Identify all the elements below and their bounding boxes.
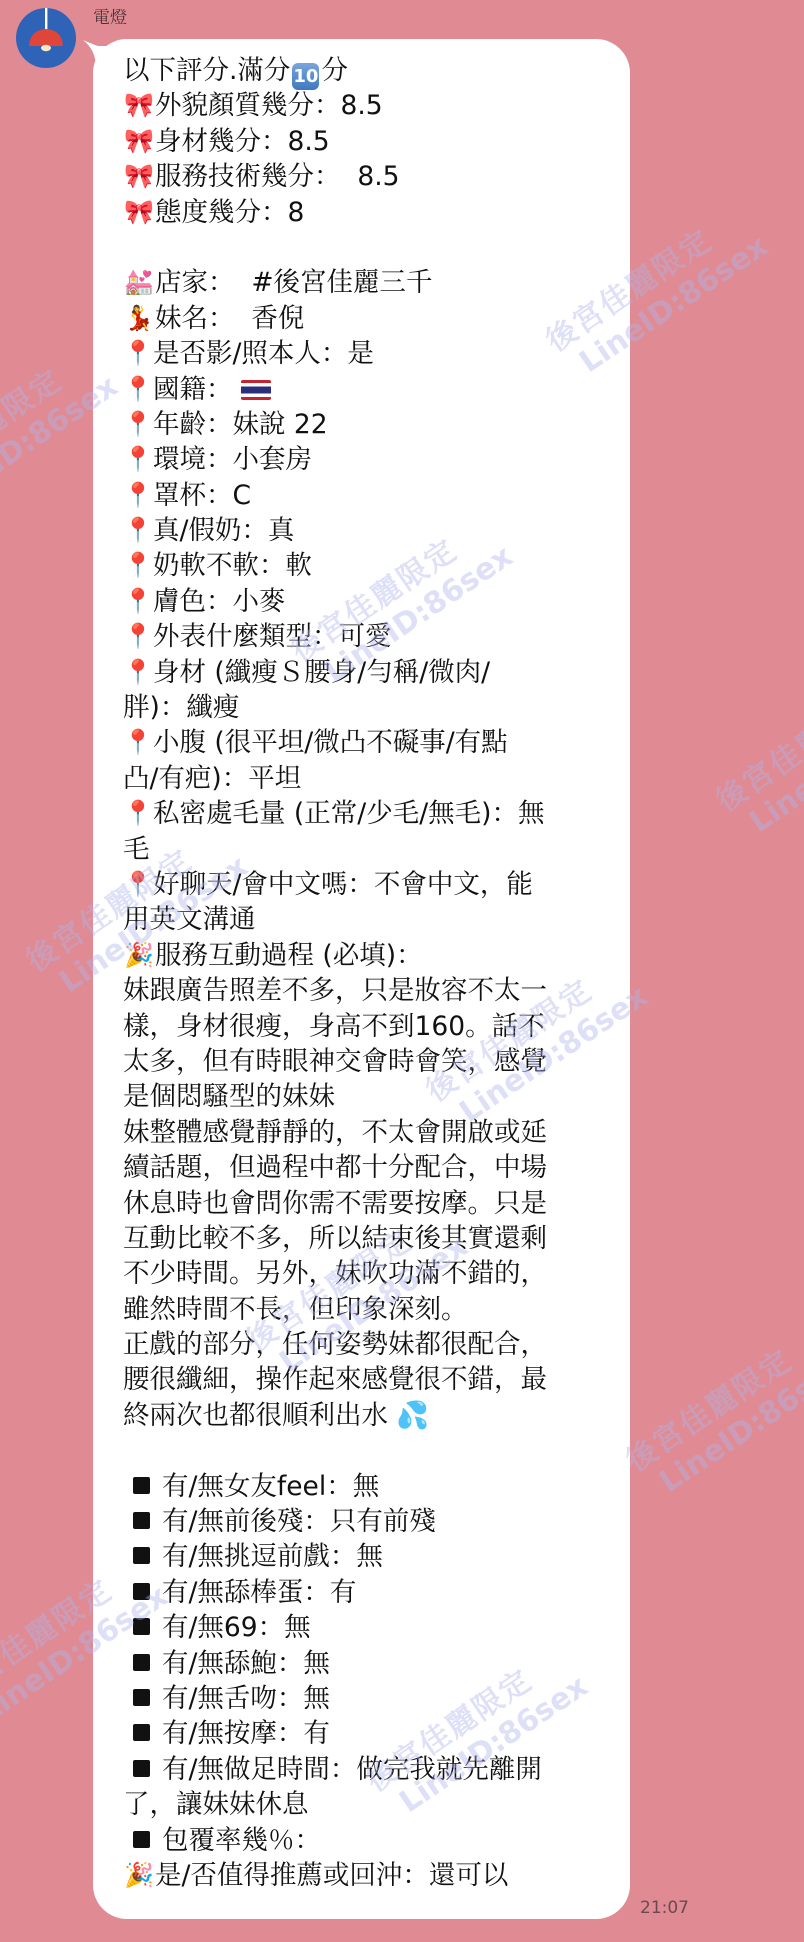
rating-appearance: 🎀外貌顏質幾分：8.5 [123, 88, 613, 123]
pushpin-icon: 📍 [123, 867, 153, 902]
pushpin-icon: 📍 [123, 584, 153, 619]
shop-line: 💒店家： #後宮佳麗三千 [123, 265, 613, 300]
rating-body: 🎀身材幾分：8.5 [123, 124, 613, 159]
pushpin-icon: 📍 [123, 725, 153, 760]
detail-line: 📍小腹 (很平坦/微凸不礙事/有點 [123, 725, 613, 760]
pushpin-icon: 📍 [123, 655, 153, 690]
message-bubble[interactable]: 以下評分.滿分10分 🎀外貌顏質幾分：8.5 🎀身材幾分：8.5 🎀服務技術幾分… [93, 39, 630, 1919]
paragraph-line: 妹跟廣告照差不多，只是妝容不太一 [123, 973, 613, 1008]
paragraph-line: 不少時間。另外，妹吹功滿不錯的， [123, 1256, 613, 1291]
black-square-icon [133, 1477, 150, 1494]
checklist-item: 有/無挑逗前戲：無 [123, 1539, 613, 1574]
detail-text: 環境：小套房 [153, 444, 312, 475]
detail-text: 用英文溝通 [123, 904, 256, 935]
detail-line: 📍年齡：妹說 22 [123, 407, 613, 442]
pushpin-icon: 📍 [123, 548, 153, 583]
detail-line-wrap: 用英文溝通 [123, 902, 613, 937]
detail-text: 罩杯：C [153, 480, 251, 511]
paragraph-line: 續話題，但過程中都十分配合，中場 [123, 1150, 613, 1185]
pushpin-icon: 📍 [123, 442, 153, 477]
blank-line [123, 230, 613, 265]
detail-text: 凸/有疤)：平坦 [123, 763, 301, 794]
sender-name: 電燈 [93, 6, 127, 30]
checklist-item: 包覆率幾％： [123, 1823, 613, 1858]
checklist-text: 有/無69：無 [162, 1612, 311, 1643]
pushpin-icon: 📍 [123, 478, 153, 513]
rating-header: 以下評分.滿分10分 [123, 53, 613, 88]
pushpin-icon: 📍 [123, 407, 153, 442]
rating-service: 🎀服務技術幾分： 8.5 [123, 159, 613, 194]
detail-line: 📍國籍： [123, 372, 613, 407]
checklist-item-wrap: 了，讓妹妹休息 [123, 1787, 613, 1822]
party-popper-icon: 🎉 [123, 1858, 155, 1893]
sender-avatar[interactable] [16, 8, 76, 68]
service-heading-text: 服務互動過程 (必填)： [155, 940, 423, 971]
rating-label: 身材幾分：8.5 [155, 126, 330, 157]
paragraph-line: 太多，但有時眼神交會時會笑，感覺 [123, 1044, 613, 1079]
detail-line: 📍真/假奶：真 [123, 513, 613, 548]
detail-text: 私密處毛量 (正常/少毛/無毛)：無 [153, 798, 544, 829]
girl-name-line: 💃妹名： 香倪 [123, 301, 613, 336]
checklist-item: 有/無舌吻：無 [123, 1681, 613, 1716]
checklist-item: 有/無做足時間：做完我就先離開 [123, 1752, 613, 1787]
paragraph-line: 樣，身材很瘦，身高不到160。話不 [123, 1009, 613, 1044]
paragraph-line: 休息時也會問你需不需要按摩。只是 [123, 1186, 613, 1221]
paragraph-line: 正戲的部分，任何姿勢妹都很配合， [123, 1327, 613, 1362]
keycap-ten-icon: 10 [292, 63, 319, 90]
detail-line: 📍罩杯：C [123, 478, 613, 513]
detail-text: 年齡：妹說 22 [153, 409, 328, 440]
paragraph-line: 是個悶騷型的妹妹 [123, 1079, 613, 1114]
detail-line: 📍私密處毛量 (正常/少毛/無毛)：無 [123, 796, 613, 831]
detail-line-wrap: 凸/有疤)：平坦 [123, 761, 613, 796]
checklist-text: 有/無前後殘：只有前殘 [162, 1506, 436, 1537]
checklist-text: 有/無做足時間：做完我就先離開 [162, 1754, 542, 1785]
rating-label: 服務技術幾分： 8.5 [155, 161, 400, 192]
black-square-icon [133, 1618, 150, 1635]
message-timestamp: 21:07 [640, 1898, 689, 1918]
blank-line [123, 1433, 613, 1468]
ribbon-icon: 🎀 [123, 159, 155, 194]
paragraph-line: 終兩次也都很順利出水 💦 [123, 1398, 613, 1433]
detail-text: 奶軟不軟：軟 [153, 550, 312, 581]
pushpin-icon: 📍 [123, 372, 153, 407]
checklist-text: 有/無挑逗前戲：無 [162, 1541, 383, 1572]
ribbon-icon: 🎀 [123, 195, 155, 230]
detail-line: 📍好聊天/會中文嗎：不會中文，能 [123, 867, 613, 902]
shop-label: 店家： #後宮佳麗三千 [155, 267, 433, 298]
black-square-icon [133, 1724, 150, 1741]
black-square-icon [133, 1689, 150, 1706]
detail-text: 毛 [123, 834, 150, 865]
chat-background: 電燈 以下評分.滿分10分 🎀外貌顏質幾分：8.5 🎀身材幾分：8.5 🎀服務技… [0, 0, 804, 1942]
rating-attitude: 🎀態度幾分：8 [123, 195, 613, 230]
detail-line: 📍身材 (纖瘦Ｓ腰身/勻稱/微肉/ [123, 655, 613, 690]
checklist-text: 有/無舔鮑：無 [162, 1648, 330, 1679]
message-text: 以下評分.滿分10分 🎀外貌顏質幾分：8.5 🎀身材幾分：8.5 🎀服務技術幾分… [123, 53, 613, 1893]
checklist-text: 有/無按摩：有 [162, 1718, 330, 1749]
checklist-text: 包覆率幾％： [162, 1825, 321, 1856]
detail-line: 📍是否影/照本人：是 [123, 336, 613, 371]
checklist-item: 有/無舔棒蛋：有 [123, 1575, 613, 1610]
detail-line: 📍奶軟不軟：軟 [123, 548, 613, 583]
paragraph-line: 雖然時間不長，但印象深刻。 [123, 1292, 613, 1327]
black-square-icon [133, 1547, 150, 1564]
detail-line: 📍外表什麼類型：可愛 [123, 619, 613, 654]
black-square-icon [133, 1760, 150, 1777]
detail-line-wrap: 胖)：纖瘦 [123, 690, 613, 725]
pushpin-icon: 📍 [123, 336, 153, 371]
watermark: 後宮佳麗限定LineID:86sex [710, 659, 804, 850]
pushpin-icon: 📍 [123, 619, 153, 654]
detail-text: 外表什麼類型：可愛 [153, 621, 392, 652]
detail-text: 是否影/照本人：是 [153, 338, 374, 369]
detail-text: 真/假奶：真 [153, 515, 294, 546]
service-heading: 🎉服務互動過程 (必填)： [123, 938, 613, 973]
wedding-chapel-icon: 💒 [123, 265, 155, 300]
recommend-text: 是/否值得推薦或回沖：還可以 [155, 1860, 508, 1891]
detail-text: 國籍： [153, 374, 233, 405]
pushpin-icon: 📍 [123, 513, 153, 548]
rating-label: 外貌顏質幾分：8.5 [155, 90, 383, 121]
ribbon-icon: 🎀 [123, 124, 155, 159]
paragraph-line: 腰很纖細，操作起來感覺很不錯，最 [123, 1362, 613, 1397]
detail-line: 📍環境：小套房 [123, 442, 613, 477]
black-square-icon [133, 1831, 150, 1848]
thailand-flag-icon [241, 380, 271, 400]
checklist-item: 有/無前後殘：只有前殘 [123, 1504, 613, 1539]
black-square-icon [133, 1512, 150, 1529]
detail-text: 好聊天/會中文嗎：不會中文，能 [153, 869, 533, 900]
party-popper-icon: 🎉 [123, 938, 155, 973]
detail-text: 小腹 (很平坦/微凸不礙事/有點 [153, 727, 508, 758]
dancer-icon: 💃 [123, 301, 155, 336]
header-text-end: 分 [321, 55, 348, 86]
detail-text: 胖)：纖瘦 [123, 692, 239, 723]
black-square-icon [133, 1654, 150, 1671]
checklist-item: 有/無69：無 [123, 1610, 613, 1645]
detail-text: 膚色：小麥 [153, 586, 286, 617]
checklist-item: 有/無按摩：有 [123, 1716, 613, 1751]
paragraph-line: 互動比較不多，所以結束後其實還剩 [123, 1221, 613, 1256]
detail-line: 📍膚色：小麥 [123, 584, 613, 619]
pendant-lamp-icon [16, 8, 76, 68]
rating-label: 態度幾分：8 [155, 197, 304, 228]
detail-line-wrap: 毛 [123, 832, 613, 867]
ribbon-icon: 🎀 [123, 88, 155, 123]
girl-name-label: 妹名： 香倪 [155, 303, 304, 334]
paragraph-line: 妹整體感覺靜靜的，不太會開啟或延 [123, 1115, 613, 1150]
checklist-text: 有/無舔棒蛋：有 [162, 1577, 356, 1608]
watermark: 後宮佳麗限定LineID:86sex [620, 1319, 804, 1510]
black-square-icon [133, 1583, 150, 1600]
pushpin-icon: 📍 [123, 796, 153, 831]
checklist-text: 有/無女友feel：無 [162, 1471, 379, 1502]
recommend-line: 🎉是/否值得推薦或回沖：還可以 [123, 1858, 613, 1893]
detail-text: 身材 (纖瘦Ｓ腰身/勻稱/微肉/ [153, 657, 490, 688]
checklist-item: 有/無女友feel：無 [123, 1469, 613, 1504]
header-text: 以下評分.滿分 [123, 55, 290, 86]
checklist-item: 有/無舔鮑：無 [123, 1646, 613, 1681]
checklist-text: 有/無舌吻：無 [162, 1683, 330, 1714]
